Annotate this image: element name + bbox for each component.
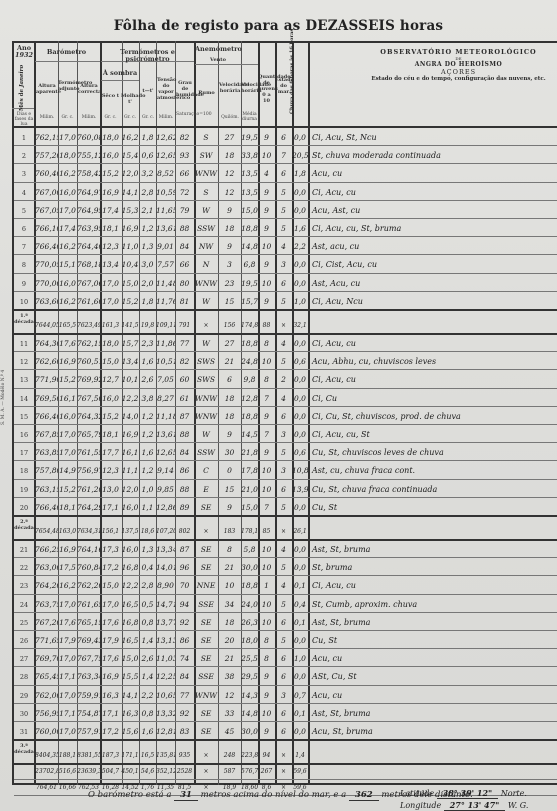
cell-diff: 2,8 [139,576,156,594]
unit-grc: Gr. c. [58,115,77,120]
cell-alt-cor: 764,40 [77,237,100,255]
cell-term: 17,1 [58,667,77,685]
cell-nuv: 10 [258,480,275,498]
cell-mar: 5 [275,201,292,219]
cell-nuv: 10 [258,613,275,631]
cell-vel-med: 14,5 [241,425,258,443]
cell-mar: 5 [275,219,292,237]
cell-seco: 17,7 [100,443,121,461]
barometer-header: Barómetro [35,49,98,56]
cell-tensao: 107,20 [156,522,175,540]
cell-vel-med: 30,0 [241,558,258,576]
day-number: 31 [14,722,34,740]
cell-seco: 16,0 [100,146,121,164]
cell-mar: 5 [275,595,292,613]
table-row: 2757,2018,0755,1216,015,40,612,6593SW183… [14,146,557,164]
cell-term: 17,0 [58,201,77,219]
total-vel: 587 [218,764,241,780]
cell-diff: 0,6 [139,146,156,164]
cell-alt-cor: 755,12 [77,146,100,164]
cell-chuva: 0,1 [292,704,308,722]
cell-diff: 2,6 [139,370,156,388]
cell-diff: 1,1 [139,498,156,516]
cell-rumo: SE [194,649,218,667]
cell-rumo: W [194,292,218,310]
cell-alt-cor: 764,29 [77,498,100,516]
header-rule [35,61,100,62]
cell-chuva: 0,0 [292,274,308,292]
cell-diff: 2,2 [139,686,156,704]
title-prefix: Fôlha de registo para as [114,18,306,34]
cell-chuva: 0,0 [292,183,308,201]
cell-seco: 16,9 [100,667,121,685]
cell-tensao: 11,76 [156,292,175,310]
cell-alt-cor: 767,75 [77,649,100,667]
day-number: 15 [14,407,34,425]
cell-mar: 5 [275,443,292,461]
cell-rumo: W [194,425,218,443]
month-field: Mês de Janeiro [19,67,25,111]
cell-alt-cor: 762,20 [77,576,100,594]
latitude-value: 38° 39' 12" [437,788,499,799]
cell-alt-ap: 767,05 [35,201,58,219]
cell-nuv: 10 [258,274,275,292]
day-number: 12 [14,352,34,370]
day-number: 3 [14,164,34,182]
day-number: 28 [14,667,34,685]
cell-alt-ap: 763,60 [35,292,58,310]
cell-rumo: WNW [194,686,218,704]
sky-state-header: Estado do céu e do tempo, configuração d… [360,76,557,82]
thermometers-header: Termómetros e psicrómetro [101,49,194,63]
cell-vel: 0 [218,461,241,479]
cell-estado: Cu, St [308,631,557,649]
cell-mar: 6 [275,649,292,667]
cell-chuva: 0,0 [292,667,308,685]
cell-alt-cor: 764,97 [77,183,100,201]
month-value: Janeiro [19,65,25,87]
cell-alt-ap: 769,50 [35,389,58,407]
cell-alt-cor: 763,34 [77,667,100,685]
cell-diff: 1,4 [139,631,156,649]
table-row: 16767,8517,0765,7918,116,91,213,6188W914… [14,425,557,443]
cell-grau: 83 [175,722,194,740]
cell-vel-med: 24,0 [241,595,258,613]
table-row: 5767,0517,0764,9517,415,32,111,6579W915,… [14,201,557,219]
cell-molh: 12,2 [121,389,139,407]
cell-nuv: 10 [258,595,275,613]
cell-alt-ap: 766,10 [35,219,58,237]
cell-tensao: 12,86 [156,498,175,516]
cell-grau: 61 [175,389,194,407]
cell-seco: 17,6 [100,613,121,631]
cell-mar: 6 [275,722,292,740]
cell-chuva: 1,6 [292,219,308,237]
cell-alt-ap: 757,80 [35,461,58,479]
cell-alt-ap: 767,20 [35,613,58,631]
day-number: 13 [14,370,34,388]
total-vel-med: 576,7 [241,764,258,780]
cell-molh: 12,2 [121,576,139,594]
cell-mar: 6 [275,164,292,182]
cell-chuva: 0,4 [292,595,308,613]
cell-grau: 66 [175,255,194,273]
unit-daily-mean: Média diurna [241,112,258,122]
cell-chuva: 0,6 [292,443,308,461]
cell-nuv: 1 [258,576,275,594]
cell-molh: 11,1 [121,461,139,479]
cell-term: 163,0 [58,522,77,540]
table-row: 4767,0016,0764,9716,914,12,810,5972S1213… [14,183,557,201]
cell-nuv: 94 [258,746,275,764]
cell-tensao: 14,01 [156,558,175,576]
header-rule [101,80,139,81]
total-term: 16,66 [58,780,77,796]
cell-vel: 45 [218,722,241,740]
observatory-place: ANGRA DO HEROÍSMO [360,61,557,68]
cell-vel: 27 [218,334,241,352]
dry-bulb-header: Sêco t [101,93,120,99]
cell-alt-cor: 762,15 [77,334,100,352]
hourly-speed-header: Velocidade horária [219,82,241,94]
cell-mar: 6 [275,128,292,146]
cell-rumo: SE [194,704,218,722]
cell-diff: 0,4 [139,558,156,576]
cell-term: 18,0 [58,146,77,164]
cell-molh: 14,1 [121,686,139,704]
table-row: 25767,2017,6765,1517,616,80,813,7792SE18… [14,613,557,631]
table-row: 1762,1517,0760,0818,016,21,812,6282S2719… [14,128,557,146]
cell-chuva: 26,1 [292,522,308,540]
cell-seco: 17,1 [100,704,121,722]
cloud-amount-header: Quantidade de nuvens 0 a 10 [258,74,275,104]
cell-rumo: SSW [194,443,218,461]
cell-vel-med: 30,0 [241,722,258,740]
cell-estado: Acu, Abhu, cu, chuviscos leves [308,352,557,370]
cell-alt-cor: 769,43 [77,631,100,649]
cell-chuva: 0,0 [292,558,308,576]
cell-grau: 87 [175,407,194,425]
cell-rumo: WNW [194,389,218,407]
days-label: Dias e fases da lua [14,112,34,127]
cell-seco: 17,0 [100,595,121,613]
cell-diff: 1,3 [139,540,156,558]
cell-diff: 1,2 [139,425,156,443]
cell-vel-med: 15,0 [241,201,258,219]
table-row: 31760,0017,0757,9117,215,61,612,8183SE45… [14,722,557,740]
cell-vel: 12 [218,164,241,182]
table-row: 7766,4016,2764,4012,311,01,39,0184NW914,… [14,237,557,255]
cell-diff: 1,6 [139,352,156,370]
unit-grc: Gr. c. [121,115,139,120]
cell-term: 17,5 [58,558,77,576]
table-row: 19763,1515,2761,2013,012,01,09,8588E1521… [14,480,557,498]
cell-rumo: SW [194,146,218,164]
cell-tensao: 13,13 [156,631,175,649]
cell-term: 15,2 [58,370,77,388]
cell-nuv: 10 [258,704,275,722]
cell-seco: 18,1 [100,425,121,443]
cell-vel: 38 [218,667,241,685]
cell-vel-med: 178,1 [241,522,258,540]
cell-alt-ap: 764,30 [35,334,58,352]
cell-mar: 3 [275,461,292,479]
cell-grau: 81 [175,292,194,310]
cell-alt-ap: 767,85 [35,425,58,443]
cell-vel-med: 13,5 [241,183,258,201]
cell-molh: 10,1 [121,370,139,388]
cell-rumo: SE [194,613,218,631]
cell-chuva: 1,4 [292,746,308,764]
cell-chuva: 0,6 [292,352,308,370]
day-number: 1 [14,128,34,146]
cell-term: 16,2 [58,164,77,182]
cell-nuv: 10 [258,540,275,558]
cell-alt-cor: 763,95 [77,219,100,237]
cell-alt-ap: 7644,05 [35,316,58,334]
cell-alt-cor: 756,97 [77,461,100,479]
table-row: 13771,9015,2769,9212,710,12,67,0560SWS69… [14,370,557,388]
cell-chuva: 0,0 [292,498,308,516]
wet-bulb-header: Molhado t' [121,93,139,105]
cell-mar: 6 [275,480,292,498]
cell-term: 17,0 [58,425,77,443]
table-row: 27769,7017,0767,7517,615,02,611,0374SE21… [14,649,557,667]
cell-rumo: N [194,255,218,273]
cell-alt-cor: 765,79 [77,425,100,443]
day-number: 8 [14,255,34,273]
day-number: 18 [14,461,34,479]
cell-seco: 156,1 [100,522,121,540]
cell-vel: 12 [218,686,241,704]
cell-term: 17,6 [58,334,77,352]
cell-seco: 18,0 [100,128,121,146]
shade-header: À sombra [101,70,139,77]
cell-vel-med: 18,8 [241,407,258,425]
cell-alt-cor: 760,08 [77,128,100,146]
cell-term: 16,1 [58,389,77,407]
cell-diff: 1,3 [139,237,156,255]
cell-nuv: 9 [258,443,275,461]
cell-mar: 3 [275,255,292,273]
cell-vel-med: 13,5 [241,164,258,182]
cell-mar: 5 [275,558,292,576]
cell-tensao: 10,51 [156,352,175,370]
cell-seco: 187,3 [100,746,121,764]
cell-rumo: E [194,480,218,498]
height-above-sea: 31 [174,790,198,801]
cell-seco: 18,1 [100,219,121,237]
cell-estado: Ci, Acu, Ncu [308,292,557,310]
cell-grau: 77 [175,334,194,352]
day-number: 27 [14,649,34,667]
cell-tensao: 11,03 [156,649,175,667]
total-tensao: 352,12 [156,764,175,780]
cell-rumo: SE [194,558,218,576]
cell-seco: 16,9 [100,183,121,201]
cell-diff: 2,3 [139,334,156,352]
cell-term: 17,0 [58,595,77,613]
decade-summary-row: 3.ª década8404,35188,18381,55187,3171,11… [14,740,557,764]
cell-alt-cor: 765,15 [77,613,100,631]
month-label: Mês de [19,89,25,111]
cell-vel-med: 29,5 [241,667,258,685]
cell-grau: 84 [175,667,194,685]
cell-grau: 82 [175,128,194,146]
cell-chuva: 13,9 [292,480,308,498]
cell-vel: 15 [218,480,241,498]
cell-nuv: 9 [258,667,275,685]
cell-grau: 87 [175,540,194,558]
cell-grau: 74 [175,649,194,667]
cell-rumo: WNW [194,407,218,425]
cell-alt-ap: 766,40 [35,237,58,255]
cell-alt-ap: 769,70 [35,649,58,667]
cell-alt-cor: 769,92 [77,370,100,388]
day-number: 14 [14,389,34,407]
total-term: 516,6 [58,764,77,780]
cell-grau: 96 [175,558,194,576]
cell-chuva: 0,0 [292,722,308,740]
cell-term: 15,2 [58,480,77,498]
cell-rumo: × [194,522,218,540]
cell-diff: 1,4 [139,667,156,685]
cell-tensao: 12,81 [156,722,175,740]
cell-molh: 12,0 [121,480,139,498]
cell-diff: 18,6 [139,522,156,540]
cell-molh: 16,5 [121,595,139,613]
cell-vel-med: 5,8 [241,540,258,558]
cell-estado: Ast, cu, chuva fraca cont. [308,461,557,479]
cell-diff: 0,8 [139,704,156,722]
day-number: 4 [14,183,34,201]
cell-grau: 93 [175,146,194,164]
cell-chuva: 0,1 [292,613,308,631]
cell-estado: Ast, St, bruma [308,613,557,631]
cell-nuv: 7 [258,498,275,516]
cell-grau: 72 [175,183,194,201]
cell-molh: 16,2 [121,128,139,146]
cell-estado: Ci, Acu, cu, St [308,425,557,443]
cell-vel: 248 [218,746,241,764]
cell-molh: 15,4 [121,146,139,164]
cell-molh: 13,4 [121,352,139,370]
cell-diff: 19,8 [139,316,156,334]
day-number: 20 [14,498,34,516]
cell-nuv: 8 [258,631,275,649]
cell-estado: Acu, Ast, cu [308,201,557,219]
cell-vel: 33 [218,704,241,722]
cell-rumo: WNW [194,164,218,182]
cell-grau: 935 [175,746,194,764]
title-hour: DEZASSEIS [305,18,395,34]
cell-term: 16,9 [58,540,77,558]
cell-alt-ap: 766,25 [35,540,58,558]
cell-tensao: 8,90 [156,576,175,594]
cell-molh: 16,1 [121,443,139,461]
cell-mar: 4 [275,540,292,558]
day-number: 16 [14,425,34,443]
cell-vel: 18 [218,219,241,237]
cell-molh: 16,5 [121,631,139,649]
cell-estado: Cu, St, chuva fraca continuada [308,480,557,498]
longitude-value: 27° 13' 47" [444,800,506,811]
cell-alt-ap: 763,15 [35,480,58,498]
cell-grau: 92 [175,613,194,631]
cell-estado: Cu, St [308,498,557,516]
cell-molh: 137,5 [121,522,139,540]
title-suffix: horas [395,18,443,34]
unit-grc: Gr. c. [140,115,156,120]
cell-alt-cor: 757,91 [77,722,100,740]
cell-mar: 6 [275,274,292,292]
cell-diff: 1,8 [139,292,156,310]
table-row: 18757,8014,9756,9712,311,11,29,1486C017,… [14,461,557,479]
cell-molh: 15,2 [121,292,139,310]
cell-alt-cor: 758,42 [77,164,100,182]
cell-term: 17,0 [58,686,77,704]
cell-vel: 20 [218,631,241,649]
cell-mar: 5 [275,631,292,649]
cell-term: 18,1 [58,498,77,516]
cell-molh: 16,3 [121,704,139,722]
cell-tensao: 11,65 [156,201,175,219]
cell-molh: 12,0 [121,164,139,182]
cell-estado: Ast, St, bruma [308,540,557,558]
cell-alt-cor: 7623,49 [77,316,100,334]
cell-alt-ap: 767,00 [35,183,58,201]
cell-alt-ap: 760,40 [35,164,58,182]
cell-grau: 70 [175,576,194,594]
cell-nuv: 9 [258,128,275,146]
table-row: 22763,0017,5760,8417,216,80,414,0196SE21… [14,558,557,576]
cell-nuv: 8 [258,370,275,388]
unit-milim: Milim. [36,115,58,120]
cell-rumo: C [194,461,218,479]
cell-term: 17,0 [58,722,77,740]
cell-alt-cor: 767,50 [77,389,100,407]
observatory-name: OBSERVATÓRIO METEOROLÓGICO [360,48,557,56]
cell-vel-med: 21,0 [241,480,258,498]
cell-tensao: 109,11 [156,316,175,334]
cell-seco: 17,3 [100,540,121,558]
day-number: 22 [14,558,34,576]
cell-nuv: 9 [258,292,275,310]
cell-mar: 4 [275,237,292,255]
cell-grau: 84 [175,237,194,255]
cell-grau: 89 [175,498,194,516]
cell-vel-med: 18,0 [241,631,258,649]
cell-estado: Ast, St, bruma [308,704,557,722]
cell-mar: 4 [275,334,292,352]
cell-molh: 15,3 [121,201,139,219]
cell-alt-cor: 767,06 [77,274,100,292]
cell-term: 16,0 [58,183,77,201]
cell-grau: 77 [175,686,194,704]
cell-chuva: 20,5 [292,146,308,164]
cell-nuv: 10 [258,352,275,370]
cell-tensao: 12,65 [156,146,175,164]
cell-vel: 27 [218,128,241,146]
cell-alt-ap: 766,40 [35,498,58,516]
cell-estado: ASt, Cu, St [308,667,557,685]
cell-term: 16,0 [58,407,77,425]
cell-vel: 21 [218,558,241,576]
cell-seco: 17,9 [100,631,121,649]
cell-alt-ap: 756,95 [35,704,58,722]
unit-km: Quilóm. [219,115,241,120]
cell-vel-med: 14,3 [241,686,258,704]
